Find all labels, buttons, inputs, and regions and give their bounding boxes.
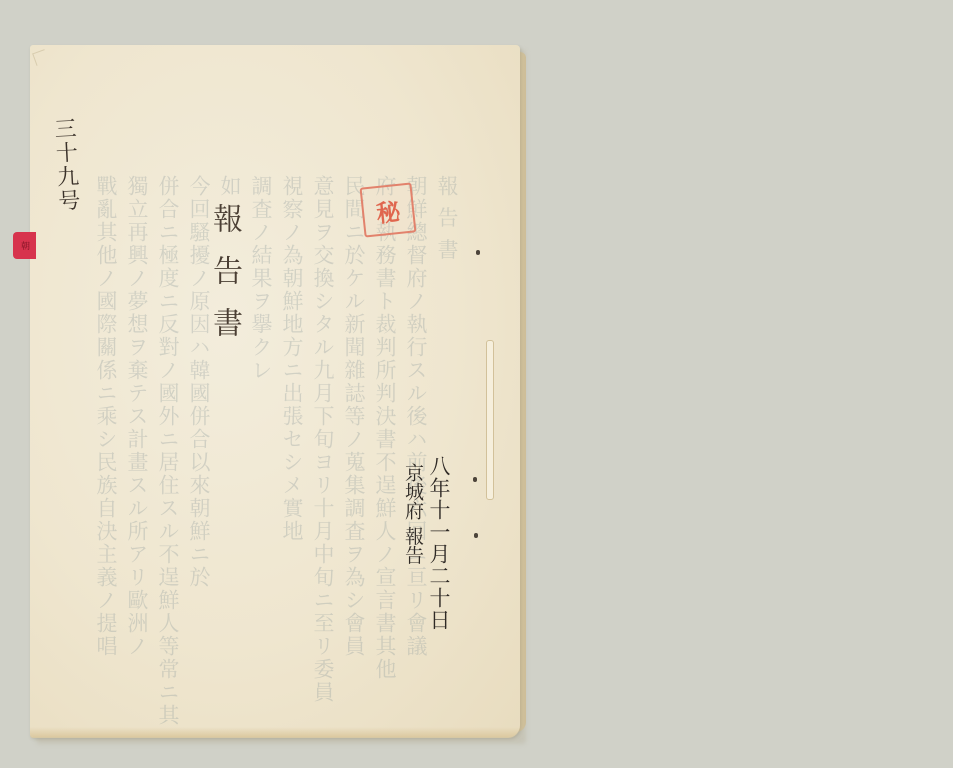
document-number: 三十九号 (48, 116, 84, 213)
bleed-col: 府ノ執務書ト裁判所判決書不逞鮮人ノ宣言書其他 (371, 175, 398, 697)
bleed-col: 戰亂其他ノ國際關係ニ乘シ民族自決主義ノ提唱 (92, 175, 119, 697)
bleed-col: 獨立再興ノ夢想ヲ棄テス計畫スル所アリ歐洲ノ (123, 175, 150, 697)
binding-hole (473, 477, 477, 482)
bleed-col: 併合ニ極度ニ反對ノ國外ニ居住スル不逞鮮人等常ニ其 (154, 175, 181, 697)
binding-slot (486, 340, 494, 500)
bleed-col: 調査ノ結果ヲ擧クレ (247, 175, 274, 697)
corner-fold-top-left (32, 49, 49, 66)
document-cover-page: 報 告 書 朝鮮總督府ノ執行スル後ハ前後六回ニ亘リ會議 府ノ執務書ト裁判所判決書… (30, 45, 520, 737)
index-tab-text: 朝 (18, 241, 31, 250)
document-date: 八年十一月二十日 (424, 455, 454, 631)
bleed-through-text: 報 告 書 朝鮮總督府ノ執行スル後ハ前後六回ニ亘リ會議 府ノ執務書ト裁判所判決書… (80, 175, 460, 697)
index-tab-marker: 朝 (13, 232, 36, 259)
binding-hole (476, 250, 480, 255)
document-title: 報告書 (202, 203, 246, 359)
seal-text: 秘 (374, 191, 402, 228)
document-sender: 京城府 報告 (400, 463, 427, 564)
bleed-col: 民間ニ於ケル新聞雜誌等ノ蒐集調査ヲ為シ會員 (340, 175, 367, 697)
bleed-col: 視察ノ為朝鮮地方ニ出張セシメ實地 (278, 175, 305, 697)
bleed-col: 意見ヲ交換シタル九月下旬ヨリ十月中旬ニ至リ委員 (309, 175, 336, 697)
binding-hole (474, 533, 478, 538)
confidential-seal-stamp: 秘 (360, 182, 417, 237)
